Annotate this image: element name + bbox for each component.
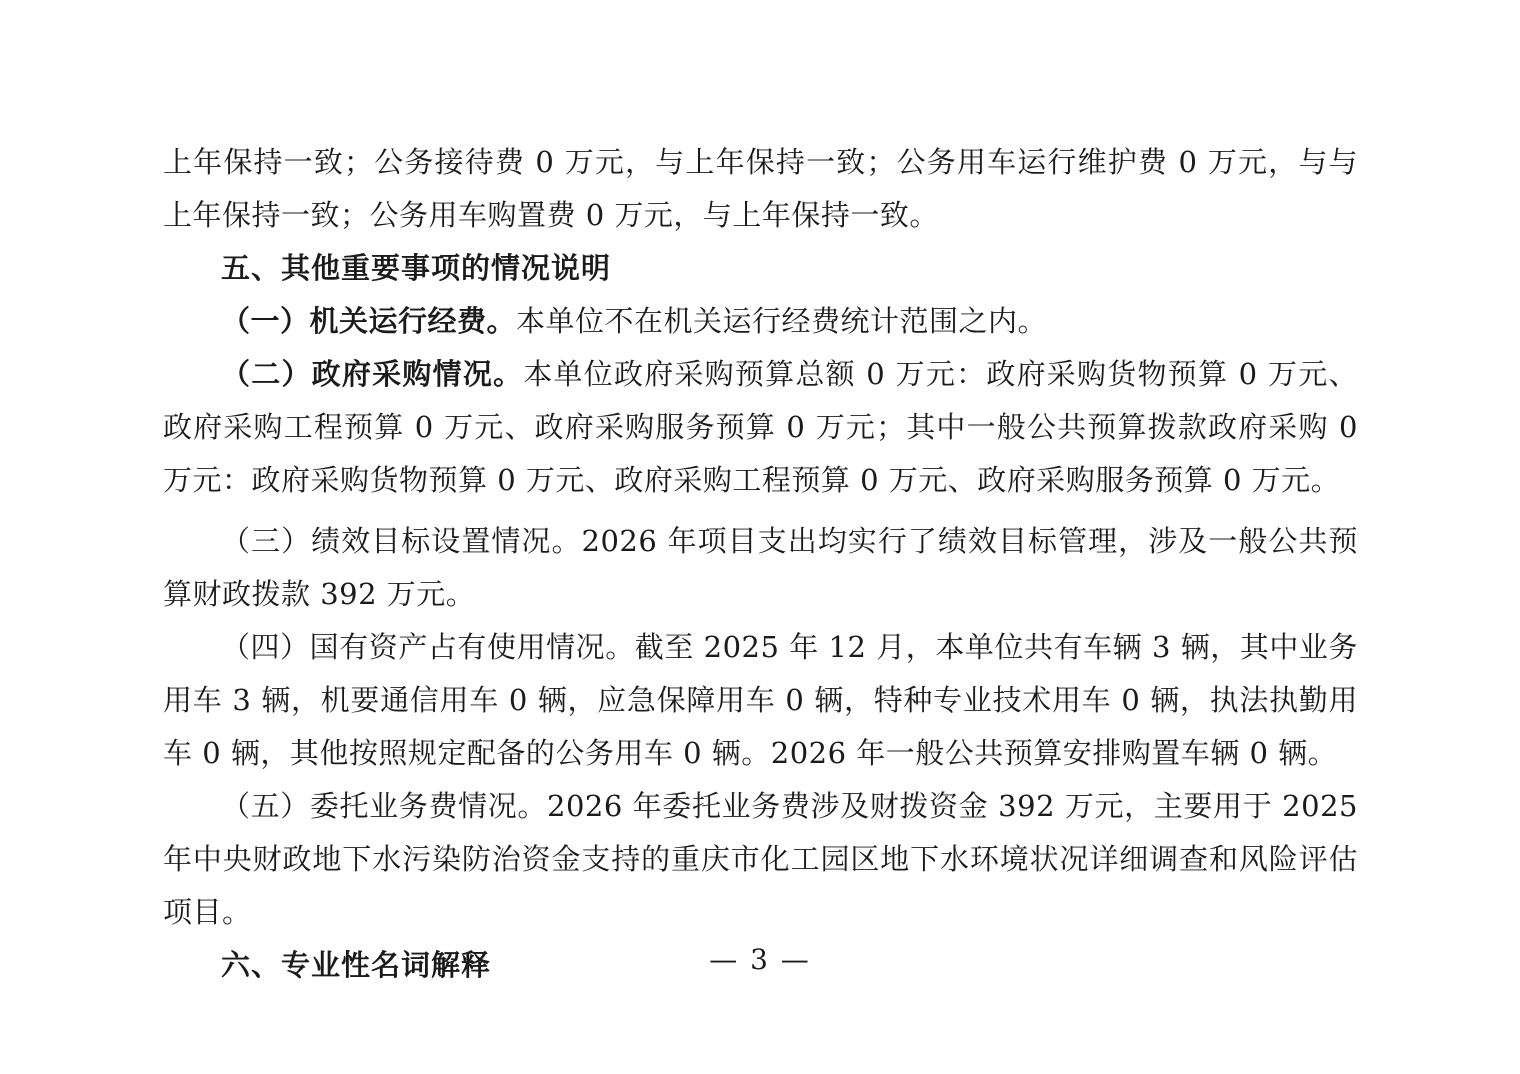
page-body: 上年保持一致；公务接待费 0 万元，与上年保持一致；公务用车运行维护费 0 万元…: [163, 136, 1358, 992]
item-1-lead: （一）机关运行经费。: [221, 304, 516, 338]
paragraph-continuation: 上年保持一致；公务接待费 0 万元，与上年保持一致；公务用车运行维护费 0 万元…: [163, 136, 1358, 242]
paragraph-item-1: （一）机关运行经费。本单位不在机关运行经费统计范围之内。: [163, 295, 1358, 348]
page-number: — 3 —: [0, 943, 1520, 977]
section-heading-5: 五、其他重要事项的情况说明: [163, 242, 1358, 295]
paragraph-item-4: （四）国有资产占有使用情况。截至 2025 年 12 月，本单位共有车辆 3 辆…: [163, 621, 1358, 780]
item-1-body: 本单位不在机关运行经费统计范围之内。: [516, 304, 1047, 338]
paragraph-item-3: （三）绩效目标设置情况。2026 年项目支出均实行了绩效目标管理，涉及一般公共预…: [163, 515, 1358, 621]
paragraph-item-5: （五）委托业务费情况。2026 年委托业务费涉及财拨资金 392 万元，主要用于…: [163, 780, 1358, 939]
document-page: 上年保持一致；公务接待费 0 万元，与上年保持一致；公务用车运行维护费 0 万元…: [0, 0, 1520, 1074]
item-5-lead: （五）委托业务费情况。: [221, 789, 547, 823]
item-4-lead: （四）国有资产占有使用情况。: [221, 630, 635, 664]
item-2-lead: （二）政府采购情况。: [221, 357, 523, 391]
paragraph-item-2: （二）政府采购情况。本单位政府采购预算总额 0 万元：政府采购货物预算 0 万元…: [163, 348, 1358, 507]
item-3-lead: （三）绩效目标设置情况。: [221, 524, 582, 558]
